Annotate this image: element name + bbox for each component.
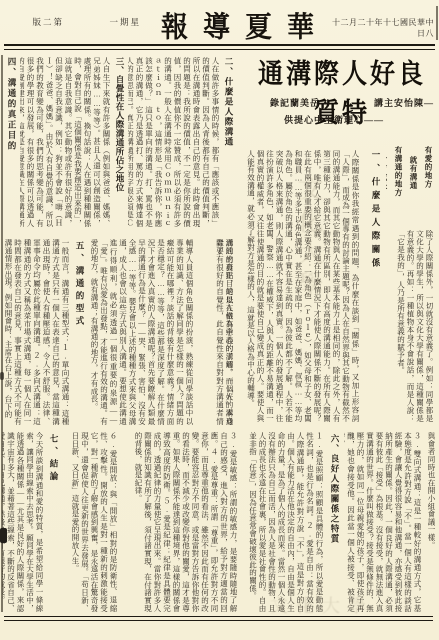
bottom-rule: [4, 616, 433, 621]
weekday-label: 星期一: [95, 16, 141, 28]
section7-title: 七、結論: [46, 434, 60, 514]
masthead-rule: [4, 44, 435, 50]
section5-bridge: 與會者同時也在開小組會議一樣。: [424, 432, 436, 612]
section2-body: 人在做許多事情的時候，都有「應該或不應該」的價值判斷。因為人背後都有自己的價值判…: [128, 57, 220, 227]
section5-body: 一般而言，溝通有三種型式：１.單向式溝通：這種溝通方式是只有一個人在表達自己的意…: [4, 239, 70, 425]
section1-continuation: 除了人際關係外，一切就沒有意義了。例如：同學都是文化大學的學生，所以與文化大學有…: [388, 230, 434, 422]
section6-item-6: ６.愛是開放：與「開放」相對的是防衛性、退縮性、攻擊性。開放的人生是對一種新的刺…: [62, 432, 118, 612]
byline-speaker: —陳怡安主講: [332, 96, 434, 109]
epigraph-line: 就有溝通: [407, 156, 419, 226]
epigraph-block: 有愛的地方 就有溝通 有溝通的地方 才有成長: [386, 146, 434, 226]
section5-title: 五、溝通的型式: [72, 241, 86, 421]
epigraph-line: 有愛的地方: [422, 146, 434, 226]
section7-body: 今天所談到溝通和愛的特質，是希望給同學一條線索，讓同學由線索中去思考。願同學在大…: [2, 432, 44, 612]
date-line: 中華民國七十年十二月二十八日: [330, 17, 434, 39]
section4-continuation: 通的出發點，是以人格為中心的溝通。一個好的溝通者要有很好的自覺性，此自覺性來自對…: [214, 239, 234, 425]
ink-smudge: [0, 528, 7, 543]
epigraph-line: 有溝通的地方: [392, 146, 404, 226]
page-number-label: 第二版: [12, 16, 64, 28]
section6-items-1-2: １.愛是照顧：照顧是具體的行為，所以愛是動態性名詞，也是行為名詞。２.愛是自由：…: [240, 432, 324, 612]
section6-items-3-5: ３.愛是敏感：所謂的敏感力，是要隨時隨地了解自己的感受，進入對方的世界，給予對方…: [120, 432, 238, 612]
section3-body: 人自生下來就有許多關係（例如與爸爸、媽媽、兄弟姊妹……等等）。甚且人還可以創造關…: [20, 57, 111, 227]
section1-body: 人際關係是你我經常遇到的問題，為什麼在談到「關係」時，又加上形容詞「人際」，而成…: [236, 150, 360, 422]
newspaper-page: 第二版 星期一 華夏導報 中華民國七十年十二月二十八日 良好人際溝通特質 —陳怡…: [0, 0, 439, 640]
paper-title: 華夏導報: [150, 4, 340, 45]
section4-title: 四、溝通的真正目的: [5, 57, 18, 227]
section2-title: 二、什麼是人際溝通: [222, 57, 235, 227]
right-edge-mark: [436, 6, 438, 40]
epigraph-line: 才有成長: [386, 156, 389, 226]
section3-title: 三、自覺性在人際溝通所佔之地位: [113, 57, 126, 227]
mid-band-text: 輔導人員這個角色關係的扮演，熟練從同學談話中以專業的知識、方法了解同學是怎樣的一…: [88, 239, 194, 425]
section6-title: 六、良好人際關係之特質: [326, 434, 341, 612]
byline-recorder: —岳美蘭記錄: [248, 96, 330, 109]
section5-item3: ３.雙向式溝通：這是一種較好的溝通方式，它基本態度是允許對方說「不」。當一個人有…: [344, 432, 422, 612]
section1-title: 一、什麼是人際關係: [362, 150, 382, 350]
ink-smudge: [0, 372, 4, 380]
byline-provider: ——心理衛生中心提供: [252, 113, 384, 126]
